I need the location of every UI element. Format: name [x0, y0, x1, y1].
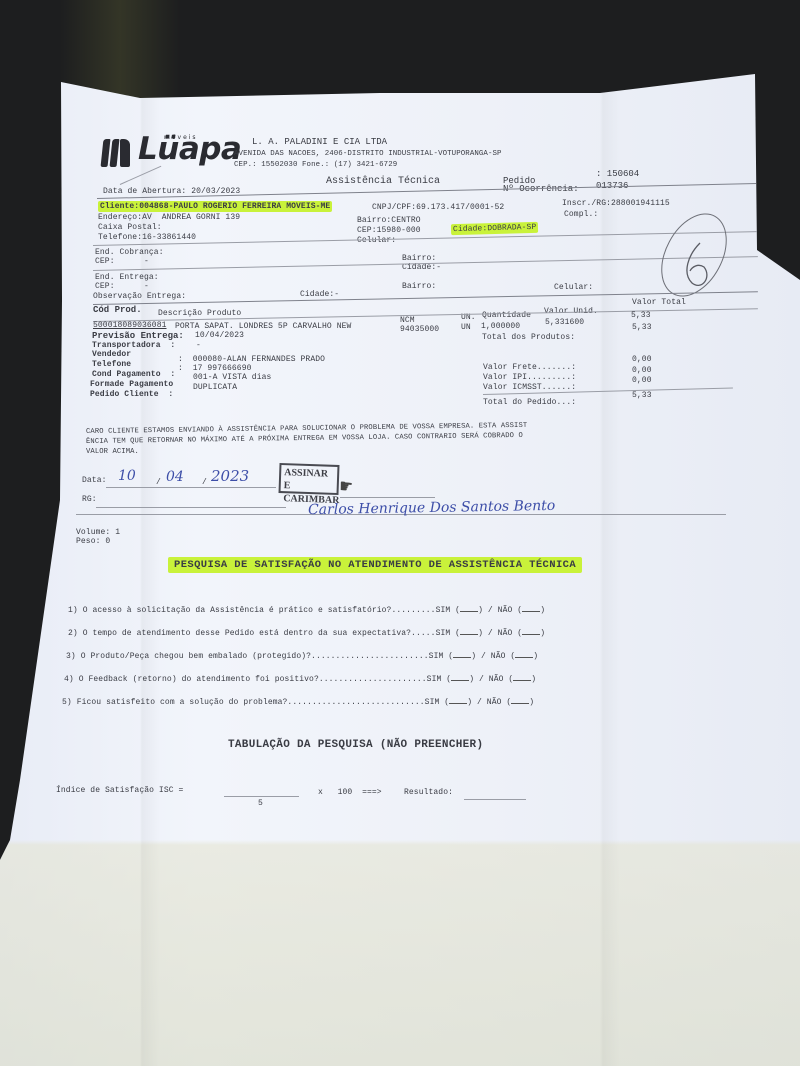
ipi-value: 0,00 — [632, 366, 652, 375]
multiplier: x 100 ===> — [318, 788, 382, 797]
compl-field: Compl.: — [564, 210, 598, 219]
forecast-label: Previsão Entrega: — [92, 331, 184, 341]
answer-yes-1[interactable] — [460, 604, 478, 612]
logo-wordmark: Lüapa — [138, 131, 241, 167]
item-description: PORTA SAPAT. LONDRES 5P CARVALHO NEW — [175, 322, 351, 331]
volume: Volume: 1 — [76, 528, 120, 537]
billing-address-label: End. Cobrança: — [95, 248, 164, 257]
delivery-address-label: End. Entrega: — [95, 273, 159, 282]
date-separator: / — [202, 478, 207, 487]
cnpj-field: CNPJ/CPF:69.173.417/0001-52 — [372, 203, 504, 212]
carrier-label: Transportadora : — [92, 341, 175, 350]
mobile-field: Celular: — [357, 236, 396, 245]
item-quantity: 1,000000 — [481, 322, 520, 331]
order-total-label: Total do Pedido...: — [483, 398, 576, 407]
company-address: AVENIDA DAS NACOES, 2406-DISTRITO INDUST… — [234, 150, 502, 158]
products-total-value: 5,33 — [632, 323, 652, 332]
item-code: 500018089036081 — [93, 321, 167, 330]
answer-no-3[interactable] — [515, 650, 533, 658]
forecast-value: 10/04/2023 — [195, 331, 244, 340]
survey-question-5: 5) Ficou satisfeito com a solução do pro… — [62, 696, 534, 707]
delivery-district: Bairro: — [402, 282, 436, 291]
company-contact: CEP.: 15502030 Fone.: (17) 3421-6729 — [234, 161, 397, 169]
seller-value: : 000080-ALAN FERNANDES PRADO — [178, 355, 325, 364]
date-month: 04 — [166, 469, 184, 485]
item-unit-price: 5,331600 — [545, 318, 584, 327]
company-name: L. A. PALADINI E CIA LTDA — [252, 137, 387, 147]
answer-no-1[interactable] — [522, 604, 540, 612]
col-header-description: Descrição Produto — [158, 309, 241, 318]
signer-signature: Carlos Henrique Dos Santos Bento — [308, 498, 556, 518]
col-header-total: Valor Total — [632, 298, 686, 307]
icmsst-value: 0,00 — [632, 376, 652, 385]
payment-form-value: DUPLICATA — [193, 383, 237, 392]
document-sheet: móveis Lüapa L. A. PALADINI E CIA LTDA A… — [0, 0, 800, 1066]
denominator: 5 — [258, 799, 263, 808]
rg-line — [96, 507, 286, 508]
delivery-city: Cidade:- — [300, 290, 339, 299]
order-number: : 150604 — [596, 169, 639, 179]
answer-yes-3[interactable] — [453, 650, 471, 658]
carrier-value: - — [196, 341, 201, 350]
result-label: Resultado: — [404, 788, 453, 797]
document-title: Assistência Técnica — [326, 176, 440, 187]
isc-label: Índice de Satisfação ISC = — [56, 786, 183, 795]
survey-question-2: 2) O tempo de atendimento desse Pedido e… — [68, 627, 545, 638]
delivery-mobile: Celular: — [554, 283, 593, 292]
payment-form-label: Formade Pagamento — [90, 380, 173, 389]
sign-and-stamp-stamp: ASSINAR E CARIMBAR — [278, 463, 339, 495]
city-field: Cidade:DOBRADA-SP — [451, 223, 539, 234]
client-order-label: Pedido Cliente : — [90, 390, 173, 399]
numerator-line — [224, 796, 299, 797]
ipi-label: Valor IPI.........: — [483, 373, 576, 382]
date-year: 2023 — [211, 467, 249, 485]
delivery-zip: CEP: - — [95, 282, 149, 291]
survey-question-1: 1) O acesso à solicitação da Assistência… — [68, 604, 545, 615]
item-total: 5,33 — [631, 311, 651, 320]
rg-label: RG: — [82, 495, 97, 504]
icmsst-label: Valor ICMSST......: — [483, 383, 576, 392]
answer-no-5[interactable] — [511, 696, 529, 704]
payment-cond-label: Cond Pagamento : — [92, 370, 175, 379]
phone-label: Telefone — [92, 360, 131, 369]
district-field: Bairro:CENTRO — [357, 216, 421, 225]
zip-field: CEP:15980-000 — [357, 226, 421, 235]
client-field: Cliente:004868-PAULO ROGERIO FERREIRA MO… — [98, 202, 332, 211]
billing-zip: CEP: - — [95, 257, 149, 266]
date-day: 10 — [118, 468, 136, 484]
delivery-note-label: Observação Entrega: — [93, 292, 186, 301]
date-separator: / — [156, 478, 161, 487]
item-ncm: 94035000 — [400, 325, 439, 334]
stamp-line — [340, 497, 435, 498]
billing-district: Bairro: — [402, 254, 436, 263]
freight-value: 0,00 — [632, 355, 652, 364]
order-total-value: 5,33 — [632, 391, 652, 400]
col-header-ncm: NCM — [400, 316, 415, 325]
weight: Peso: 0 — [76, 537, 110, 546]
payment-cond-value: 001-A VISTA dias — [193, 373, 271, 382]
answer-no-2[interactable] — [522, 627, 540, 635]
answer-yes-4[interactable] — [451, 673, 469, 681]
result-line — [464, 799, 526, 800]
date-label: Data: — [82, 476, 107, 485]
col-header-code: Cód Prod. — [93, 305, 142, 315]
freight-label: Valor Frete.......: — [483, 363, 576, 372]
answer-no-4[interactable] — [513, 673, 531, 681]
answer-yes-2[interactable] — [460, 627, 478, 635]
date-line — [106, 487, 276, 488]
logo-mark-icon — [102, 139, 132, 167]
company-logo: móveis Lüapa — [102, 135, 242, 175]
tabulation-title: TABULAÇÃO DA PESQUISA (NÃO PREENCHER) — [228, 739, 483, 751]
phone-field: Telefone:16-33861440 — [98, 233, 196, 242]
survey-question-4: 4) O Feedback (retorno) do atendimento f… — [64, 673, 536, 684]
circled-mark-icon — [640, 205, 750, 305]
survey-title: PESQUISA DE SATISFAÇÃO NO ATENDIMENTO DE… — [168, 559, 582, 571]
item-unit: UN — [461, 323, 471, 332]
products-total-label: Total dos Produtos: — [482, 333, 575, 342]
answer-yes-5[interactable] — [449, 696, 467, 704]
phone-value: : 17 997666690 — [178, 364, 252, 373]
notice-line-3: VALOR ACIMA. — [86, 448, 139, 456]
po-box-field: Caixa Postal: — [98, 223, 162, 232]
seller-label: Vendedor — [92, 350, 131, 359]
address-field: Endereço:AV ANDREA GORNI 139 — [98, 213, 240, 222]
survey-question-3: 3) O Produto/Peça chegou bem embalado (p… — [66, 650, 538, 661]
